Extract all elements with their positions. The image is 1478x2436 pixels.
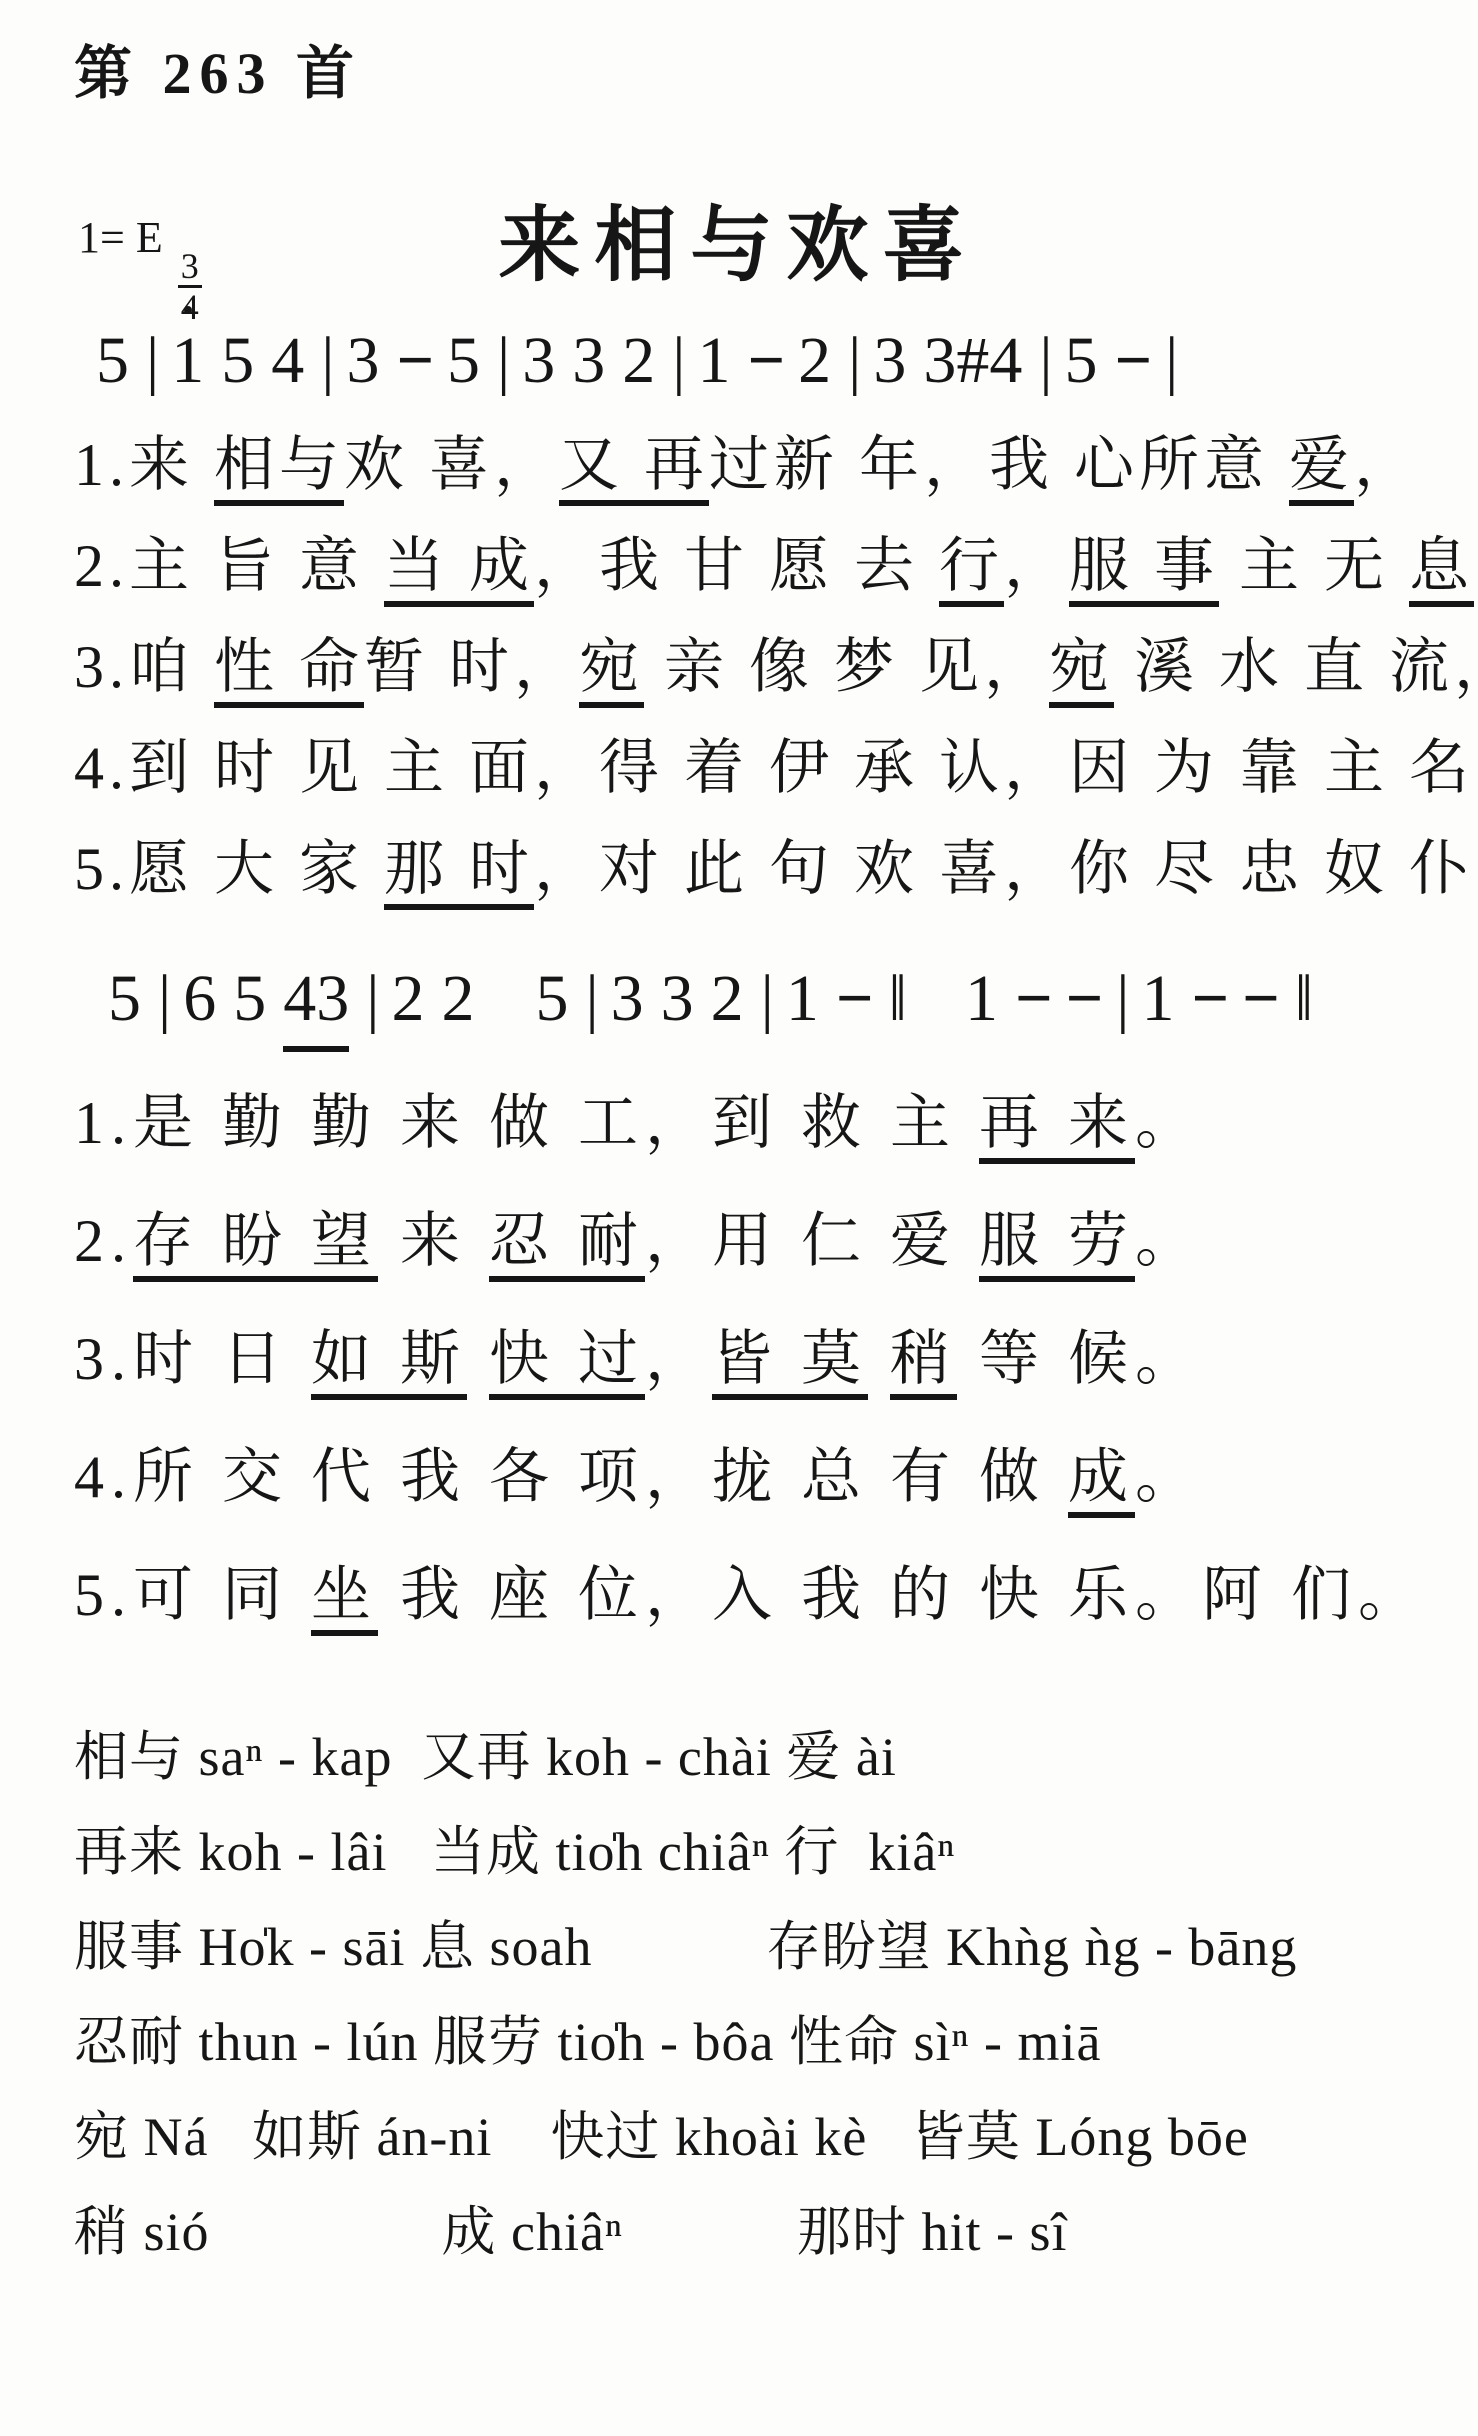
lyric-segment [868,1326,890,1392]
underlined-lyric-segment: 存 盼 望 [133,1208,378,1282]
lyric-segment: 5.愿 大 家 [74,836,384,902]
note-number: 5 [96,316,129,405]
note-number: 3 [572,316,605,405]
note-number: 3 [522,316,555,405]
lyric-segment: ， [1354,432,1419,498]
note-dash: − [396,316,434,405]
double-barline: ‖ [1295,954,1314,1043]
lyric-segment: 3.时 日 [74,1326,311,1392]
verse-line: 4.所 交 代 我 各 项，拢 总 有 做 成。 [74,1418,1422,1536]
barline: | [366,954,379,1043]
lyric-segment: 暂 时， [364,634,579,700]
underlined-lyric-segment: 宛 [1049,634,1114,708]
barline: | [158,954,171,1043]
verse-line: 3.时 日 如 斯 快 过，皆 莫 稍 等 候。 [74,1300,1422,1418]
barline: | [321,316,334,405]
lyric-segment: 5.可 同 [74,1562,311,1628]
lyric-segment: 欢 喜， [344,432,559,498]
note-dash: − [1015,954,1053,1043]
underlined-lyric-segment: 又 再 [559,432,709,506]
lyric-segment: 4.到 时 见 主 面，得 着 伊 承 认，因 为 靠 主 名， [74,735,1478,801]
glossary-line: 再来 koh - lâi 当成 tio̍h chiâⁿ 行 kiâⁿ [74,1805,1422,1900]
note-dash: − [1115,316,1153,405]
barline: | [761,954,774,1043]
lyric-segment: 1.是 勤 勤 来 做 工，到 救 主 [74,1090,979,1156]
barline: | [1039,316,1052,405]
note-number: 2 [798,316,831,405]
note-number: 5 [1065,316,1098,405]
barline: | [672,316,685,405]
lyric-segment: 等 候。 [957,1326,1202,1392]
verse-line: 4.到 时 见 主 面，得 着 伊 承 认，因 为 靠 主 名， [74,718,1422,819]
note-dash: − [1242,954,1280,1043]
glossary-line: 稍 sió 成 chiâⁿ 那时 hit - sî [74,2185,1422,2280]
barline: | [585,954,598,1043]
lyric-segment: ，对 此 句 欢 喜，你 尽 忠 奴 仆， [534,836,1478,902]
underlined-lyric-segment: 如 斯 [311,1326,467,1400]
barline: | [1165,316,1178,405]
lyric-segment: ， [1474,533,1478,599]
lyric-segment: 2. [74,1208,133,1274]
lyric-segment: 1.来 [74,432,214,498]
note-number: 2 [622,316,655,405]
note-dash: − [1191,954,1229,1043]
lyric-segment: 我 座 位，入 我 的 快 乐。阿 们。 [378,1562,1425,1628]
lyric-segment: 过新 年，我 心所意 [709,432,1289,498]
note-dash: − [836,954,874,1043]
note-number: 3 [661,954,694,1043]
key-label: 1= E [78,213,163,262]
underlined-lyric-segment: 相与 [214,432,344,506]
underlined-lyric-segment: 行 [939,533,1004,607]
lyric-segment [467,1326,489,1392]
pronunciation-glossary: 相与 saⁿ - kap 又再 koh - chài 爱 ài再来 koh - … [74,1710,1422,2280]
note-number: 1 [965,954,998,1043]
underlined-lyric-segment: 坐 [311,1562,378,1636]
verse-line: 2.存 盼 望 来 忍 耐，用 仁 爱 服 劳。 [74,1182,1422,1300]
barline: | [1116,954,1129,1043]
lyric-segment: 亲 像 梦 见， [644,634,1049,700]
note-number: 1 [697,316,730,405]
barline: | [848,316,861,405]
underlined-lyric-segment: 那 时 [384,836,534,910]
note-number: 3 [346,316,379,405]
underlined-lyric-segment: 稍 [890,1326,957,1400]
verse-line: 1.来 相与欢 喜，又 再过新 年，我 心所意 爱， [74,415,1422,516]
note-number: 5 [447,316,480,405]
glossary-line: 服事 Ho̍k - sāi 息 soah 存盼望 Khǹg ǹg - bāng [74,1900,1422,1995]
hymn-number: 第 263 首 [74,26,1422,110]
note-number: 1 [171,316,204,405]
note-number: 1 [1141,954,1174,1043]
title-row: 1= E 3 4 来相与欢喜 [74,174,1422,302]
note-number: 5 [233,954,266,1043]
double-barline: ‖ [888,954,907,1043]
note-number: 3 [873,316,906,405]
time-signature-numerator: 3 [178,248,202,288]
lyric-segment: 3.咱 [74,634,214,700]
underlined-lyric-segment: 快 过 [489,1326,645,1400]
lyric-segment: 。 [1135,1208,1202,1274]
lyric-segment: 4.所 交 代 我 各 项，拢 总 有 做 [74,1444,1068,1510]
verse-line: 3.咱 性 命暂 时，宛 亲 像 梦 见，宛 溪 水 直 流， [74,617,1422,718]
underlined-lyric-segment: 再 来 [979,1090,1135,1164]
underlined-lyric-segment: 性 命 [214,634,364,708]
note-number: 4 [271,316,304,405]
verse-block-1: 1.来 相与欢 喜，又 再过新 年，我 心所意 爱，2.主 旨 意 当 成，我 … [74,415,1422,920]
underlined-lyric-segment: 息 [1409,533,1474,607]
note-number: 6 [183,954,216,1043]
glossary-line: 相与 saⁿ - kap 又再 koh - chài 爱 ài [74,1710,1422,1805]
underlined-lyric-segment: 当 成 [384,533,534,607]
underlined-lyric-segment: 皆 莫 [712,1326,868,1400]
verse-line: 5.可 同 坐 我 座 位，入 我 的 快 乐。阿 们。 [74,1536,1422,1654]
underlined-lyric-segment: 宛 [579,634,644,708]
lyric-segment: 主 无 [1219,533,1409,599]
lyric-segment: 。 [1135,1444,1202,1510]
music-notation-line-2: 5|6543|225|332|1−‖1−−|1−−‖ [108,954,1422,1052]
note-number: 5 [535,954,568,1043]
song-title: 来相与欢喜 [498,180,978,297]
music-notation-line-1: 5|154|3−5|332|1−2|33#4|5−| [96,316,1422,405]
note-dash: − [1066,954,1104,1043]
underlined-lyric-segment: 爱 [1289,432,1354,506]
note-number: 2 [391,954,424,1043]
glossary-line: 宛 Ná 如斯 án-ni 快过 khoài kè 皆莫 Lóng bōe [74,2090,1422,2185]
underlined-lyric-segment: 忍 耐 [489,1208,645,1282]
note-number: 2 [441,954,474,1043]
note-number: 3#4 [923,316,1022,405]
underlined-lyric-segment: 服 事 [1069,533,1219,607]
note-dash: − [747,316,785,405]
lyric-segment: ， [1004,533,1069,599]
verse-block-2: 1.是 勤 勤 来 做 工，到 救 主 再 来。2.存 盼 望 来 忍 耐，用 … [74,1064,1422,1654]
hymn-sheet-page: 第 263 首 1= E 3 4 来相与欢喜 5|154|3−5|332|1−2… [0,0,1478,2280]
lyric-segment: 溪 水 直 流， [1114,634,1478,700]
verse-line: 1.是 勤 勤 来 做 工，到 救 主 再 来。 [74,1064,1422,1182]
underlined-lyric-segment: 成 [1068,1444,1135,1518]
note-number: 1 [786,954,819,1043]
lyric-segment: 来 [378,1208,489,1274]
note-number: 3 [611,954,644,1043]
lyric-segment: ，用 仁 爱 [645,1208,979,1274]
barline: | [497,316,510,405]
lyric-segment: ， [645,1326,712,1392]
glossary-line: 忍耐 thun - lún 服劳 tio̍h - bôa 性命 sìⁿ - mi… [74,1995,1422,2090]
lyric-segment: 2.主 旨 意 [74,533,384,599]
note-number: 5 [221,316,254,405]
verse-line: 2.主 旨 意 当 成，我 甘 愿 去 行，服 事 主 无 息， [74,516,1422,617]
verse-line: 5.愿 大 家 那 时，对 此 句 欢 喜，你 尽 忠 奴 仆， [74,819,1422,920]
note-number: 43 [283,954,349,1052]
note-number: 2 [711,954,744,1043]
lyric-segment: 。 [1135,1090,1202,1156]
lyric-segment: ，我 甘 愿 去 [534,533,939,599]
barline: | [146,316,159,405]
note-number: 5 [108,954,141,1043]
underlined-lyric-segment: 服 劳 [979,1208,1135,1282]
